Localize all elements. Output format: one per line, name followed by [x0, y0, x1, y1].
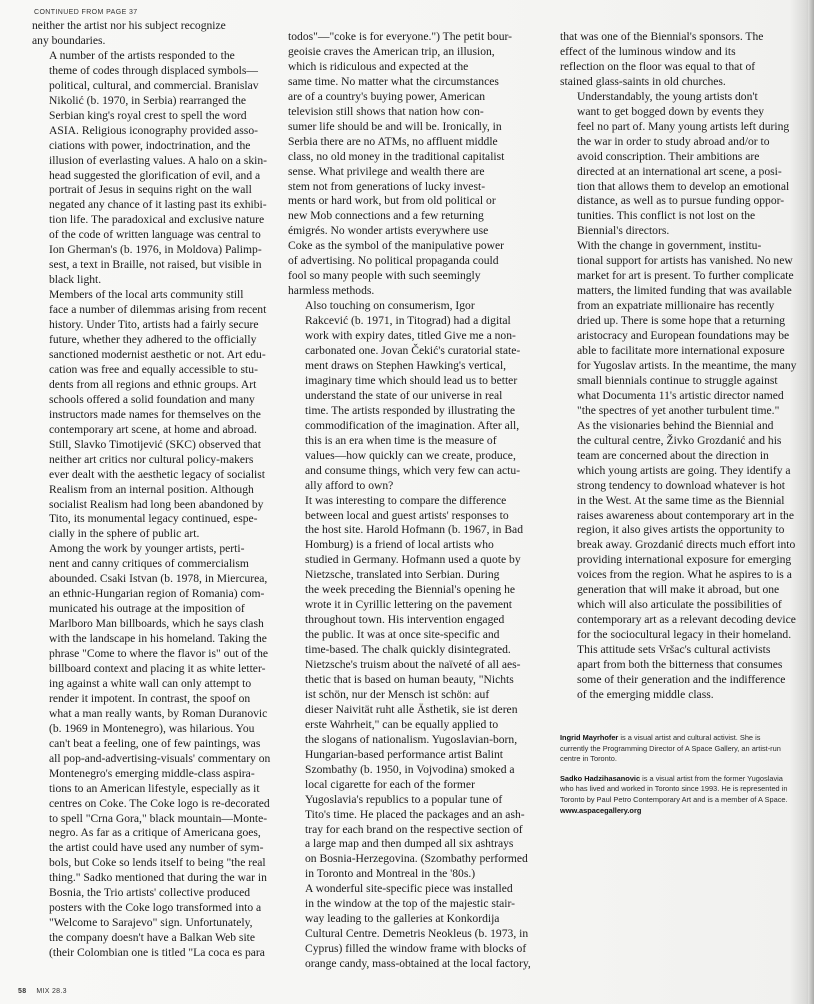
- paragraph: As the visionaries behind the Biennial a…: [560, 419, 798, 703]
- paragraph: A number of the artists responded to the…: [32, 49, 270, 288]
- paragraph: With the change in government, institu- …: [560, 239, 798, 418]
- author-bio: Sadko Hadzihasanovic is a visual artist …: [560, 774, 790, 816]
- website-link[interactable]: www.aspacegallery.org: [560, 806, 790, 817]
- author-bio: Ingrid Mayrhofer is a visual artist and …: [560, 733, 790, 765]
- author-name: Ingrid Mayrhofer: [560, 733, 618, 742]
- article-column-3: that was one of the Biennial's sponsors.…: [560, 30, 798, 703]
- paragraph: Among the work by younger artists, perti…: [32, 542, 270, 961]
- page-footer: 58MIX 28.3: [18, 988, 67, 995]
- paragraph: neither the artist nor his subject recog…: [32, 19, 270, 49]
- article-column-2: todos"—"coke is for everyone.") The peti…: [288, 30, 528, 972]
- publication-issue: MIX 28.3: [36, 988, 66, 995]
- paragraph: A wonderful site-specific piece was inst…: [288, 882, 528, 972]
- page-gutter-shadow: [808, 0, 814, 1004]
- paragraph: Members of the local arts community stil…: [32, 288, 270, 542]
- continued-from-label: CONTINUED FROM PAGE 37: [34, 9, 138, 16]
- paragraph: todos"—"coke is for everyone.") The peti…: [288, 30, 528, 299]
- author-name: Sadko Hadzihasanovic: [560, 774, 640, 783]
- paragraph: Understandably, the young artists don't …: [560, 90, 798, 240]
- paragraph: that was one of the Biennial's sponsors.…: [560, 30, 798, 90]
- paragraph: Also touching on consumerism, Igor Rakce…: [288, 299, 528, 493]
- paragraph: It was interesting to compare the differ…: [288, 494, 528, 883]
- magazine-page: CONTINUED FROM PAGE 37 neither the artis…: [0, 0, 814, 1004]
- article-column-1: neither the artist nor his subject recog…: [32, 19, 270, 961]
- page-number: 58: [18, 988, 26, 995]
- author-bios: Ingrid Mayrhofer is a visual artist and …: [560, 733, 790, 816]
